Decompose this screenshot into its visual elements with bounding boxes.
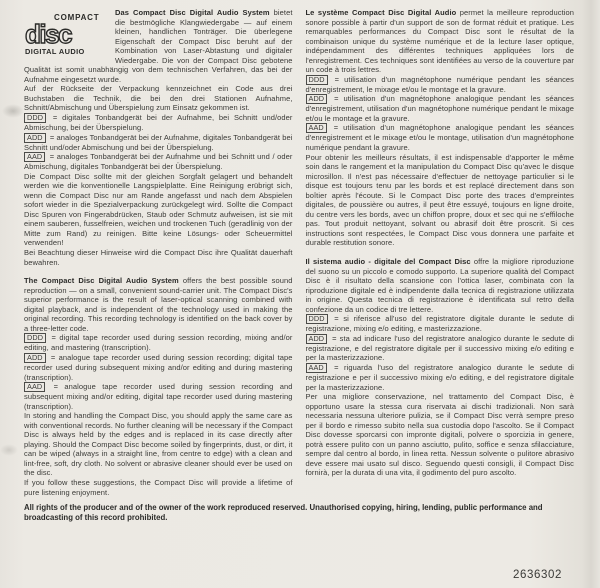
ddd-code-box: DDD [24, 333, 46, 343]
italian-ddd-entry: DDD = si riferisce all'uso del registrat… [306, 314, 575, 334]
english-lead-bold: The Compact Disc Digital Audio System [24, 276, 179, 285]
add-code-box: ADD [24, 353, 46, 363]
french-aad-text: = utilisation d'un magnétophone analogiq… [306, 123, 575, 152]
italian-add-text: = sta ad indicare l'uso del registratore… [306, 334, 575, 363]
english-aad-entry: AAD = analogue tape recorder used during… [24, 382, 293, 411]
italian-ddd-text: = si riferisce all'uso del registratore … [306, 314, 575, 333]
section-italian: Il sistema audio - digitale del Compact … [306, 257, 575, 478]
aad-code-box: AAD [306, 363, 327, 373]
english-lead-paragraph: The Compact Disc Digital Audio System of… [24, 276, 293, 333]
french-aad-entry: AAD = utilisation d'un magnétophone anal… [306, 123, 575, 152]
english-closing-paragraph: If you follow these suggestions, the Com… [24, 478, 293, 497]
german-closing-paragraph: Bei Beachtung dieser Hinweise wird die C… [24, 248, 293, 267]
french-lead-paragraph: Le système Compact Disc Digital Audio pe… [306, 8, 575, 75]
add-code-box: ADD [24, 133, 46, 143]
italian-aad-entry: AAD = riguarda l'uso del registratore an… [306, 363, 575, 392]
italian-care-paragraph: Per una migliore conservazione, nel trat… [306, 392, 575, 478]
add-code-box: ADD [306, 334, 328, 344]
italian-lead-bold: Il sistema audio - digitale del Compact … [306, 257, 471, 266]
german-code-intro-paragraph: Auf der Rückseite der Verpackung kennzei… [24, 84, 293, 113]
italian-add-entry: ADD = sta ad indicare l'uso del registra… [306, 334, 575, 363]
aad-code-box: AAD [306, 123, 327, 133]
aad-code-box: AAD [24, 382, 45, 392]
left-column: COMPACT disc DIGITAL AUDIO Das Compact D… [24, 8, 293, 497]
german-add-text: = analoges Tonbandgerät bei der Aufnahme… [24, 133, 293, 152]
cd-logo-icon: COMPACT disc DIGITAL AUDIO [24, 11, 106, 55]
cd-booklet-page: COMPACT disc DIGITAL AUDIO Das Compact D… [0, 0, 600, 588]
french-care-paragraph: Pour obtenir les meilleurs résultats, il… [306, 153, 575, 248]
german-aad-text: = analoges Tonbandgerät bei der Aufnahme… [24, 152, 293, 171]
german-add-entry: ADD = analoges Tonbandgerät bei der Aufn… [24, 133, 293, 153]
english-ddd-entry: DDD = digital tape recorder used during … [24, 333, 293, 353]
english-care-paragraph: In storing and handling the Compact Disc… [24, 411, 293, 478]
french-ddd-text: = utilisation d'un magnétophone numériqu… [306, 75, 575, 94]
section-english: The Compact Disc Digital Audio System of… [24, 276, 293, 497]
aad-code-box: AAD [24, 152, 45, 162]
english-aad-text: = analogue tape recorder used during ses… [24, 382, 293, 411]
french-lead-rest: permet la meilleure reproduction sonore … [306, 8, 575, 74]
ddd-code-box: DDD [306, 75, 328, 85]
ddd-code-box: DDD [24, 113, 46, 123]
right-column: Le système Compact Disc Digital Audio pe… [306, 8, 575, 497]
italian-aad-text: = riguarda l'uso del registratore analog… [306, 363, 575, 392]
french-ddd-entry: DDD = utilisation d'un magnétophone numé… [306, 75, 575, 95]
ddd-code-box: DDD [306, 314, 328, 324]
english-ddd-text: = digital tape recorder used during sess… [24, 333, 293, 352]
french-add-entry: ADD = utilisation d'un magnétophone anal… [306, 94, 575, 123]
english-add-text: = analogue tape recorder used during ses… [24, 353, 293, 382]
catalog-number: 2636302 [513, 569, 562, 581]
logo-digital-audio-text: DIGITAL AUDIO [25, 47, 85, 55]
add-code-box: ADD [306, 94, 328, 104]
two-column-text: COMPACT disc DIGITAL AUDIO Das Compact D… [0, 0, 600, 497]
french-add-text: = utilisation d'un magnétophone analogiq… [306, 94, 575, 123]
section-french: Le système Compact Disc Digital Audio pe… [306, 8, 575, 248]
english-add-entry: ADD = analogue tape recorder used during… [24, 353, 293, 382]
german-aad-entry: AAD = analoges Tonbandgerät bei der Aufn… [24, 152, 293, 172]
french-lead-bold: Le système Compact Disc Digital Audio [306, 8, 457, 17]
german-lead-bold: Das Compact Disc Digital Audio System [115, 8, 270, 17]
italian-lead-paragraph: Il sistema audio - digitale del Compact … [306, 257, 575, 314]
compact-disc-digital-audio-logo: COMPACT disc DIGITAL AUDIO [24, 11, 106, 55]
logo-disc-text: disc [25, 19, 72, 49]
german-ddd-entry: DDD = digitales Tonbandgerät bei der Auf… [24, 113, 293, 133]
german-ddd-text: = digitales Tonbandgerät bei der Aufnahm… [24, 113, 292, 132]
german-care-paragraph: Die Compact Disc sollte mit der gleichen… [24, 172, 293, 248]
rights-notice: All rights of the producer and of the ow… [0, 497, 600, 523]
